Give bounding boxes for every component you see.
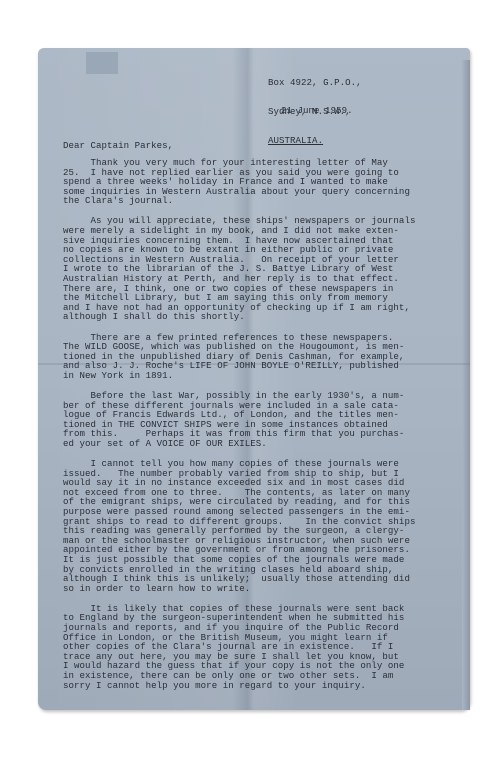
letter-paragraph: As you will appreciate, these ships' new… bbox=[63, 216, 463, 322]
salutation: Dear Captain Parkes, bbox=[63, 141, 463, 151]
text-line: ed your set of A VOICE OF OUR EXILES. bbox=[63, 439, 463, 449]
address-line: Box 4922, G.P.O., bbox=[268, 78, 500, 88]
letter-paragraph: Thank you very much for your interesting… bbox=[63, 158, 463, 206]
letter-paragraph: I cannot tell you how many copies of the… bbox=[63, 459, 463, 593]
text-line: although I shall do this shortly. bbox=[63, 312, 463, 322]
tape-mark bbox=[86, 52, 118, 74]
letter-body: Thank you very much for your interesting… bbox=[63, 158, 463, 701]
letter-date: 21 June 1959. bbox=[281, 106, 500, 116]
text-line: the Clara's journal. bbox=[63, 196, 463, 206]
letter-paragraph: It is likely that copies of these journa… bbox=[63, 604, 463, 690]
text-line: in New York in 1891. bbox=[63, 371, 463, 381]
text-line: so in order to learn how to write. bbox=[63, 584, 463, 594]
letter-paragraph: Before the last War, possibly in the ear… bbox=[63, 391, 463, 449]
paper-fold-edge bbox=[462, 60, 470, 710]
letter-paragraph: There are a few printed references to th… bbox=[63, 333, 463, 381]
text-line: sorry I cannot help you more in regard t… bbox=[63, 681, 463, 691]
